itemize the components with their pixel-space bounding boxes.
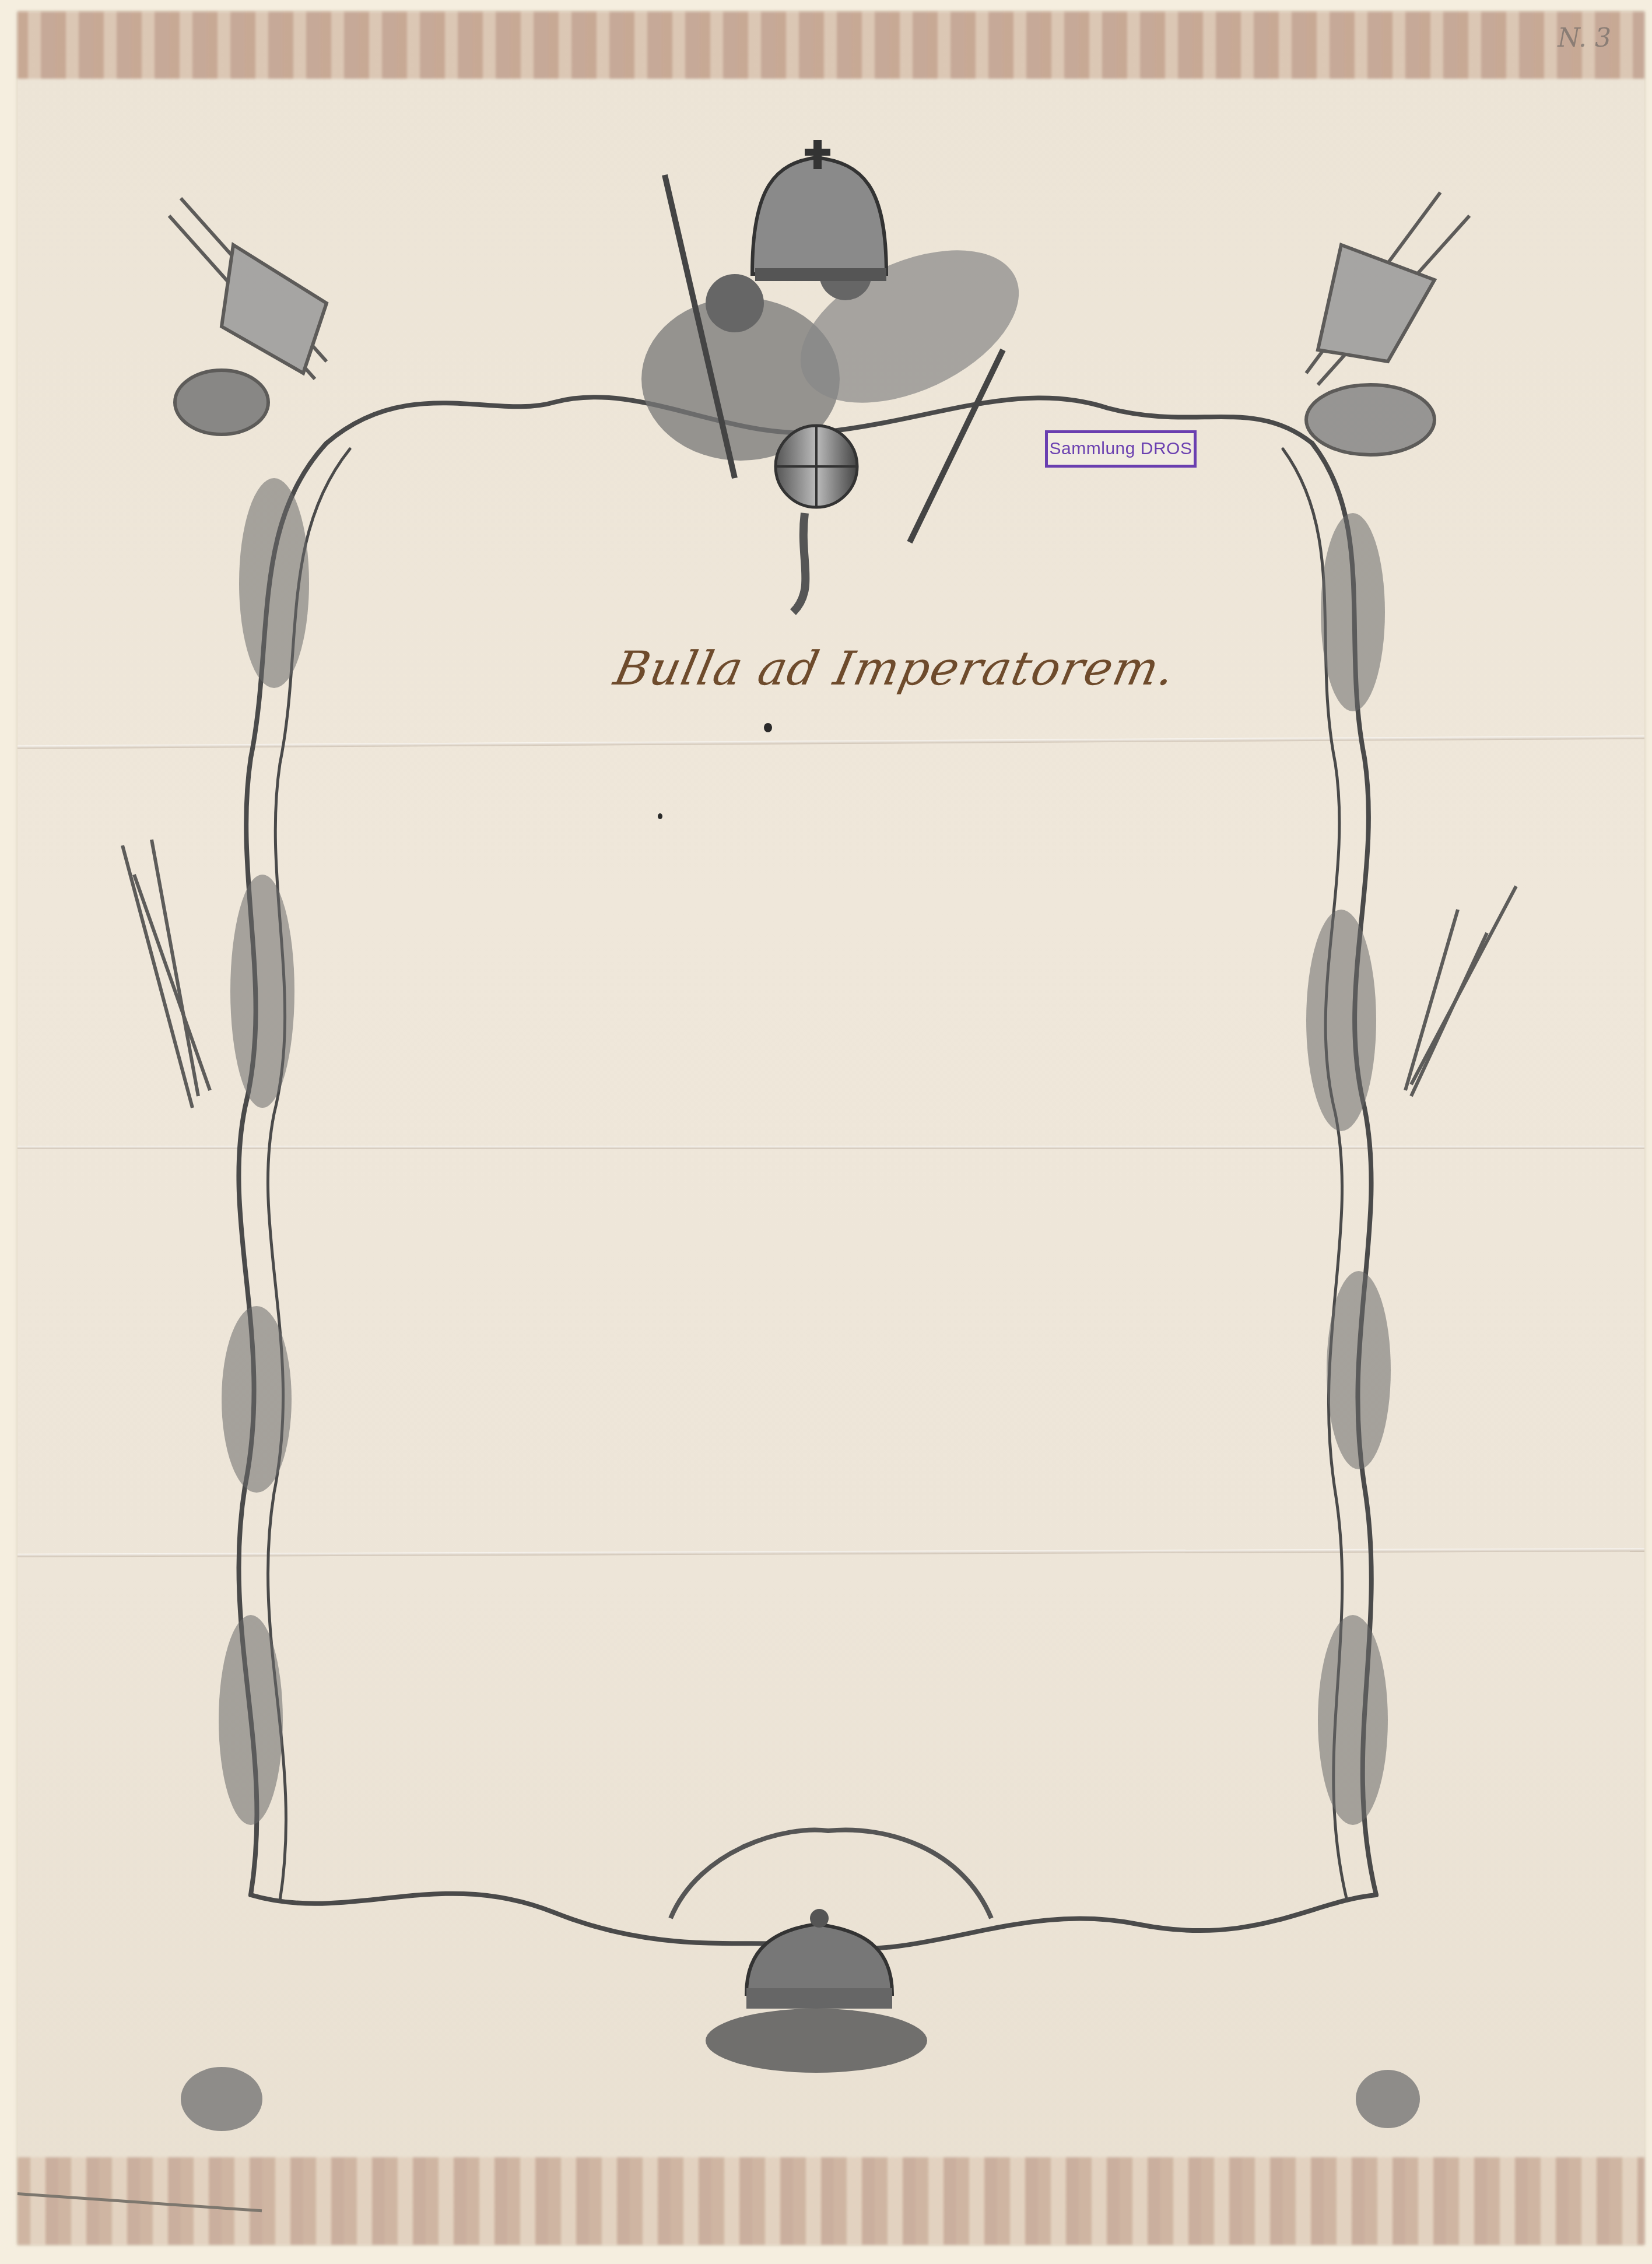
ink-blot: [658, 813, 662, 819]
bottom-crown-icon: [671, 1830, 991, 2073]
collection-stamp: Sammlung DROS: [1045, 430, 1197, 468]
rococo-frame-drawing: [0, 0, 1652, 2264]
double-headed-eagle-icon: [641, 140, 1043, 612]
handwritten-inscription: Bulla ad Imperatorem.: [609, 641, 1181, 696]
ink-blot: [764, 723, 772, 732]
